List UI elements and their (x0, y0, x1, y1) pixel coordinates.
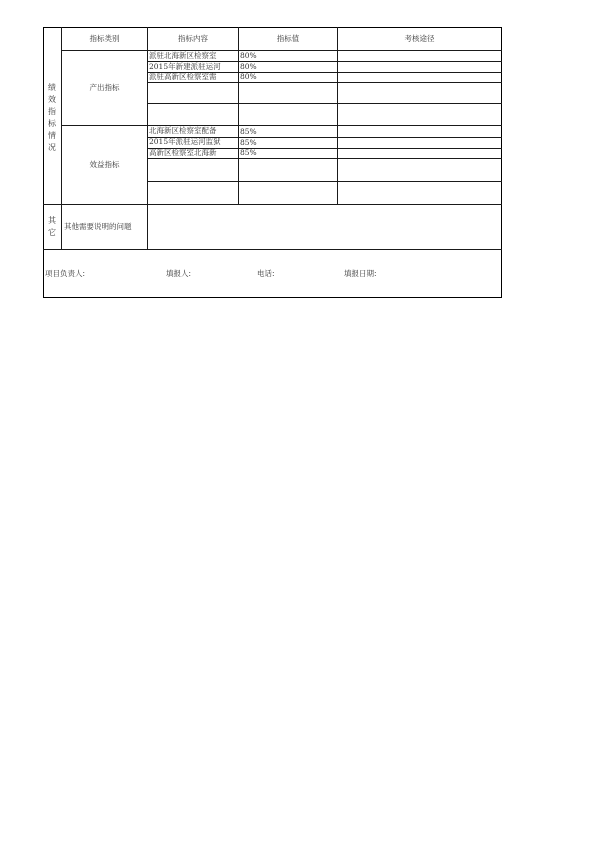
cell-value[interactable]: 80% (240, 72, 257, 82)
footer-project-lead: 项目负责人: (45, 269, 85, 279)
cell-content[interactable]: 2015年新建派驻运河 (149, 62, 221, 72)
cell-content[interactable]: 高新区检察室北海新 (149, 148, 217, 158)
cell-content[interactable]: 2015年派驻运河监狱 (149, 137, 221, 147)
row-line (147, 181, 502, 182)
cell-value[interactable]: 80% (240, 62, 257, 72)
table-border-bottom (43, 297, 502, 298)
group-separator (61, 125, 502, 126)
divider-col1 (61, 27, 62, 249)
footer-phone: 电话: (257, 269, 275, 279)
section-separator (43, 204, 502, 205)
report-page: 指标类别 指标内容 指标值 考核途径 绩效指标情况 产出指标 派驻北海新区检察室… (0, 0, 600, 848)
cell-value[interactable]: 85% (240, 138, 257, 148)
table-border-right (501, 27, 502, 298)
row-line (147, 158, 502, 159)
header-content: 指标内容 (148, 34, 238, 44)
row-line (147, 82, 502, 83)
header-bottom (61, 50, 502, 51)
footer-separator (43, 249, 502, 250)
other-label: 其它 (46, 215, 58, 239)
header-method: 考核途径 (338, 34, 501, 44)
divider-col4 (337, 27, 338, 204)
cell-value[interactable]: 85% (240, 148, 257, 158)
cell-content[interactable]: 北海新区检察室配备 (149, 126, 217, 136)
category-benefit: 效益指标 (62, 160, 147, 170)
row-line (147, 103, 502, 104)
table-border-top (43, 27, 502, 28)
table-border-left (43, 27, 44, 298)
header-value: 指标值 (239, 34, 337, 44)
cell-content[interactable]: 派驻高新区检察室需 (149, 72, 217, 82)
footer-fill-date: 填报日期: (344, 269, 377, 279)
cell-content[interactable]: 派驻北海新区检察室 (149, 51, 217, 61)
footer-filler: 填报人: (166, 269, 191, 279)
other-value[interactable] (150, 222, 500, 232)
other-description: 其他需要说明的问题 (64, 222, 132, 232)
cell-value[interactable]: 85% (240, 127, 257, 137)
section-label-performance: 绩效指标情况 (46, 82, 58, 154)
cell-value[interactable]: 80% (240, 51, 257, 61)
category-output: 产出指标 (62, 83, 147, 93)
divider-col3 (238, 27, 239, 204)
header-category: 指标类别 (62, 34, 147, 44)
